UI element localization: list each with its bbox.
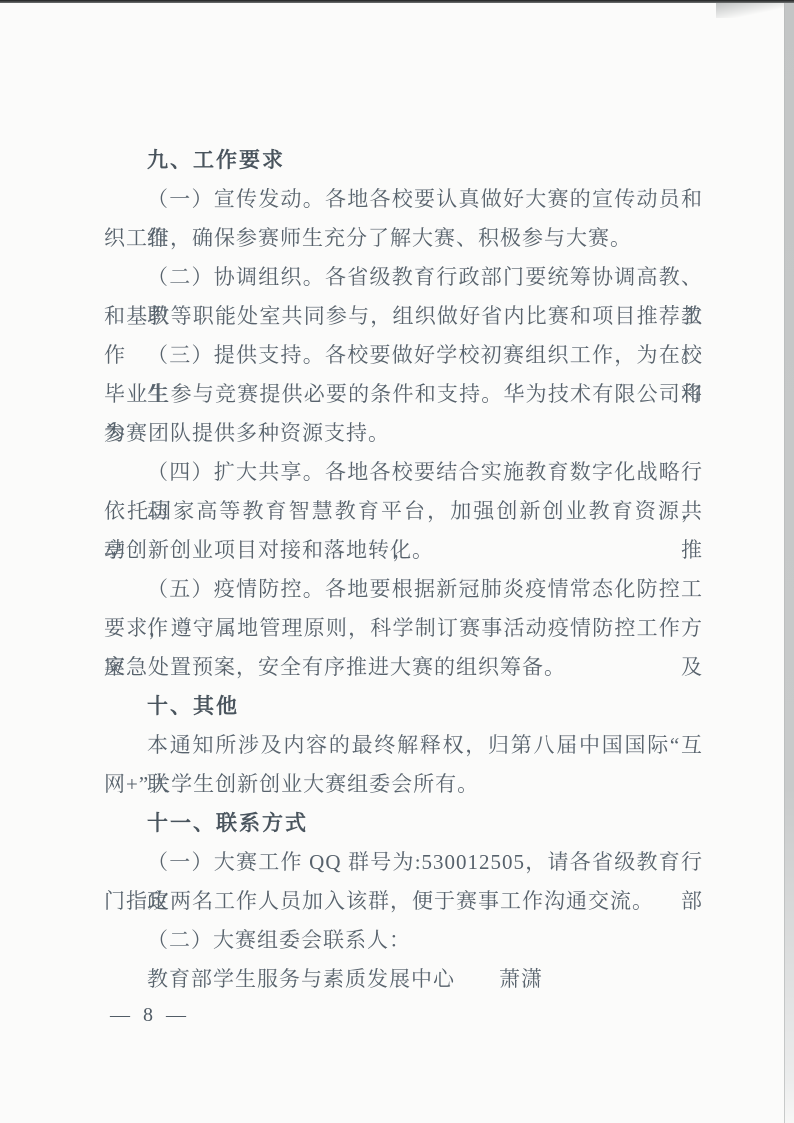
document-text-block: 九、工作要求（一）宣传发动。各地各校要认真做好大赛的宣传动员和组织工作，确保参赛… [104, 141, 703, 999]
scan-top-edge [0, 0, 794, 3]
scan-right-edge-band [784, 3, 794, 1123]
text-line: 和基教等职能处室共同参与，组织做好省内比赛和项目推荐工作。 [104, 297, 703, 336]
text-line: 网+”大学生创新创业大赛组委会所有。 [104, 765, 703, 804]
section-heading: 十一、联系方式 [104, 804, 703, 843]
text-line: （二）大赛组委会联系人： [104, 921, 703, 960]
text-line: 参赛团队提供多种资源支持。 [104, 414, 703, 453]
text-line: （二）协调组织。各省级教育行政部门要统筹协调高教、职教 [104, 258, 703, 297]
text-line: （三）提供支持。各校要做好学校初赛组织工作，为在校生和 [104, 336, 703, 375]
text-line: 要求，遵守属地管理原则，科学制订赛事活动疫情防控工作方案及 [104, 609, 703, 648]
text-line: 本通知所涉及内容的最终解释权，归第八届中国国际“互联 [104, 726, 703, 765]
text-line: 毕业生参与竞赛提供必要的条件和支持。华为技术有限公司将为 [104, 375, 703, 414]
text-line: （一）大赛工作 QQ 群号为:530012505，请各省级教育行政部 [104, 843, 703, 882]
text-line: （五）疫情防控。各地要根据新冠肺炎疫情常态化防控工作 [104, 570, 703, 609]
page-number: — 8 — [110, 1003, 190, 1027]
text-line: 教育部学生服务与素质发展中心 萧潇 [104, 960, 703, 999]
scan-corner-shade [716, 3, 788, 18]
text-line: （四）扩大共享。各地各校要结合实施教育数字化战略行动， [104, 453, 703, 492]
text-line: 门指定两名工作人员加入该群，便于赛事工作沟通交流。 [104, 882, 703, 921]
scanned-document-page: 九、工作要求（一）宣传发动。各地各校要认真做好大赛的宣传动员和组织工作，确保参赛… [0, 0, 794, 1123]
section-heading: 十、其他 [104, 687, 703, 726]
text-line: （一）宣传发动。各地各校要认真做好大赛的宣传动员和组 [104, 180, 703, 219]
section-heading: 九、工作要求 [104, 141, 703, 180]
text-line: 依托国家高等教育智慧教育平台，加强创新创业教育资源共享，推 [104, 492, 703, 531]
text-line: 织工作，确保参赛师生充分了解大赛、积极参与大赛。 [104, 219, 703, 258]
